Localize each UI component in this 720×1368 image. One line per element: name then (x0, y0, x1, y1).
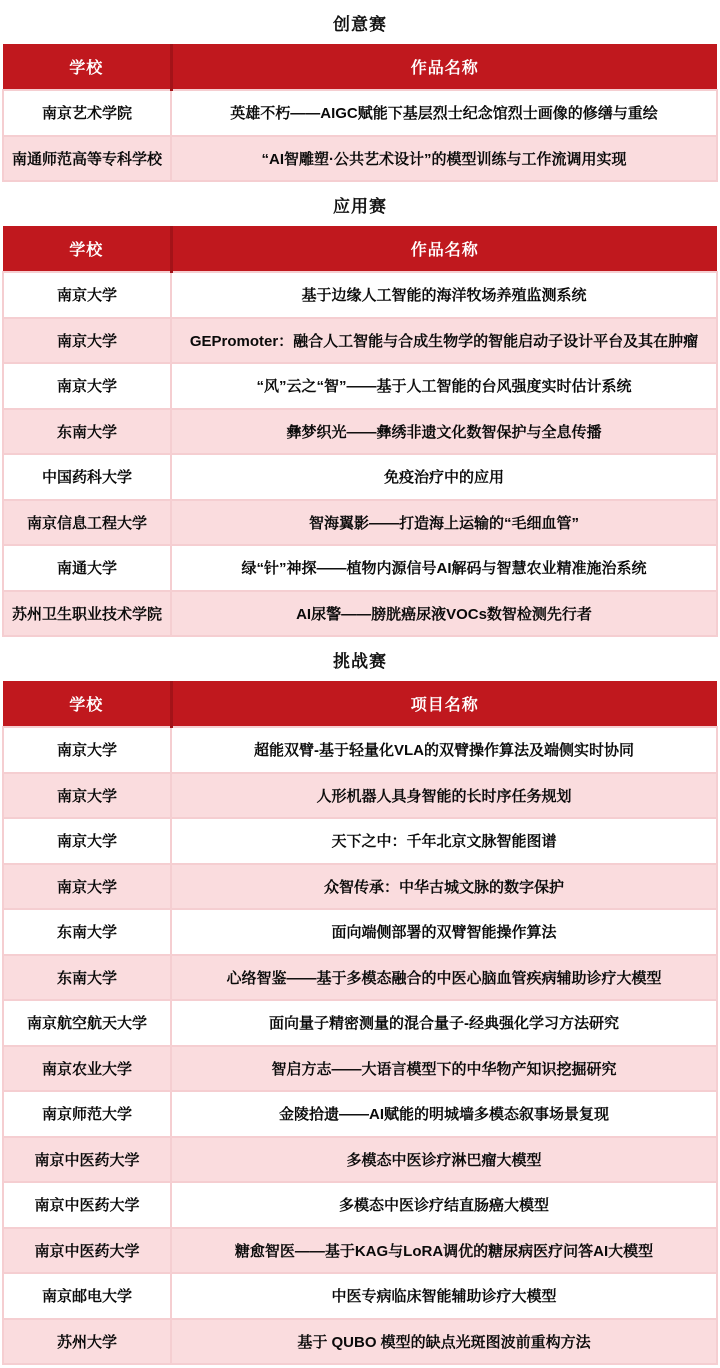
creative-award-table: 学校 作品名称 南京艺术学院英雄不朽——AIGC赋能下基层烈士纪念馆烈士画像的修… (2, 44, 718, 182)
school-cell: 南京大学 (3, 272, 171, 318)
school-cell: 苏州大学 (3, 1319, 171, 1365)
table-row: 南京中医药大学多模态中医诊疗结直肠癌大模型 (3, 1182, 717, 1228)
work-name-cell: “AI智雕塑·公共艺术设计”的模型训练与工作流调用实现 (171, 136, 717, 182)
table-row: 苏州大学基于 QUBO 模型的缺点光斑图波前重构方法 (3, 1319, 717, 1365)
table-row: 南京信息工程大学智海翼影——打造海上运输的“毛细血管” (3, 500, 717, 546)
work-name-cell: 众智传承：中华古城文脉的数字保护 (171, 864, 717, 910)
school-cell: 南京中医药大学 (3, 1228, 171, 1274)
school-cell: 南京信息工程大学 (3, 500, 171, 546)
school-column-header: 学校 (3, 44, 171, 90)
school-cell: 南京中医药大学 (3, 1182, 171, 1228)
school-cell: 南京大学 (3, 818, 171, 864)
award-list-page: 创意赛 学校 作品名称 南京艺术学院英雄不朽——AIGC赋能下基层烈士纪念馆烈士… (0, 0, 720, 1368)
school-cell: 南京大学 (3, 727, 171, 773)
work-name-cell: 心络智鉴——基于多模态融合的中医心脑血管疾病辅助诊疗大模型 (171, 955, 717, 1001)
work-name-cell: 多模态中医诊疗结直肠癌大模型 (171, 1182, 717, 1228)
school-cell: 南通大学 (3, 545, 171, 591)
school-cell: 南京大学 (3, 363, 171, 409)
work-name-cell: 英雄不朽——AIGC赋能下基层烈士纪念馆烈士画像的修缮与重绘 (171, 90, 717, 136)
school-cell: 南京大学 (3, 864, 171, 910)
table-row: 中国药科大学免疫治疗中的应用 (3, 454, 717, 500)
section-application: 应用赛 学校 作品名称 南京大学基于边缘人工智能的海洋牧场养殖监测系统南京大学G… (0, 182, 720, 637)
table-row: 南京中医药大学多模态中医诊疗淋巴瘤大模型 (3, 1137, 717, 1183)
table-row: 南京航空航天大学面向量子精密测量的混合量子-经典强化学习方法研究 (3, 1000, 717, 1046)
work-name-cell: 绿“针”神探——植物内源信号AI解码与智慧农业精准施治系统 (171, 545, 717, 591)
work-name-cell: 基于 QUBO 模型的缺点光斑图波前重构方法 (171, 1319, 717, 1365)
school-column-header: 学校 (3, 681, 171, 727)
school-cell: 东南大学 (3, 909, 171, 955)
table-row: 南京大学“风”云之“智”——基于人工智能的台风强度实时估计系统 (3, 363, 717, 409)
table-row: 东南大学彝梦织光——彝绣非遗文化数智保护与全息传播 (3, 409, 717, 455)
project-name-column-header: 项目名称 (171, 681, 717, 727)
table-row: 南京中医药大学糖愈智医——基于KAG与LoRA调优的糖尿病医疗问答AI大模型 (3, 1228, 717, 1274)
school-cell: 南京师范大学 (3, 1091, 171, 1137)
work-name-cell: 面向端侧部署的双臂智能操作算法 (171, 909, 717, 955)
school-cell: 南京中医药大学 (3, 1137, 171, 1183)
work-name-cell: AI尿警——膀胱癌尿液VOCs数智检测先行者 (171, 591, 717, 637)
work-name-cell: GEPromoter：融合人工智能与合成生物学的智能启动子设计平台及其在肿瘤 (171, 318, 717, 364)
work-name-cell: 天下之中：千年北京文脉智能图谱 (171, 818, 717, 864)
work-name-cell: 金陵拾遗——AI赋能的明城墙多模态叙事场景复现 (171, 1091, 717, 1137)
work-name-cell: “风”云之“智”——基于人工智能的台风强度实时估计系统 (171, 363, 717, 409)
work-name-cell: 糖愈智医——基于KAG与LoRA调优的糖尿病医疗问答AI大模型 (171, 1228, 717, 1274)
school-cell: 南通师范高等专科学校 (3, 136, 171, 182)
section-creative: 创意赛 学校 作品名称 南京艺术学院英雄不朽——AIGC赋能下基层烈士纪念馆烈士… (0, 0, 720, 182)
work-name-cell: 多模态中医诊疗淋巴瘤大模型 (171, 1137, 717, 1183)
table-row: 南京大学天下之中：千年北京文脉智能图谱 (3, 818, 717, 864)
table-header-row: 学校 作品名称 (3, 226, 717, 272)
section-challenge: 挑战赛 学校 项目名称 南京大学超能双臂-基于轻量化VLA的双臂操作算法及端侧实… (0, 637, 720, 1365)
table-row: 南京大学GEPromoter：融合人工智能与合成生物学的智能启动子设计平台及其在… (3, 318, 717, 364)
table-row: 南京大学人形机器人具身智能的长时序任务规划 (3, 773, 717, 819)
work-name-column-header: 作品名称 (171, 226, 717, 272)
table-row: 南京农业大学智启方志——大语言模型下的中华物产知识挖掘研究 (3, 1046, 717, 1092)
school-cell: 中国药科大学 (3, 454, 171, 500)
application-award-table: 学校 作品名称 南京大学基于边缘人工智能的海洋牧场养殖监测系统南京大学GEPro… (2, 226, 718, 637)
table-row: 南京大学超能双臂-基于轻量化VLA的双臂操作算法及端侧实时协同 (3, 727, 717, 773)
work-name-cell: 中医专病临床智能辅助诊疗大模型 (171, 1273, 717, 1319)
school-cell: 东南大学 (3, 955, 171, 1001)
table-row: 苏州卫生职业技术学院AI尿警——膀胱癌尿液VOCs数智检测先行者 (3, 591, 717, 637)
table-row: 东南大学面向端侧部署的双臂智能操作算法 (3, 909, 717, 955)
table-row: 南京邮电大学中医专病临床智能辅助诊疗大模型 (3, 1273, 717, 1319)
challenge-table-body: 南京大学超能双臂-基于轻量化VLA的双臂操作算法及端侧实时协同南京大学人形机器人… (3, 727, 717, 1364)
section-title-challenge: 挑战赛 (0, 637, 720, 681)
school-cell: 苏州卫生职业技术学院 (3, 591, 171, 637)
table-row: 南京师范大学金陵拾遗——AI赋能的明城墙多模态叙事场景复现 (3, 1091, 717, 1137)
work-name-cell: 人形机器人具身智能的长时序任务规划 (171, 773, 717, 819)
work-name-cell: 免疫治疗中的应用 (171, 454, 717, 500)
section-title-application: 应用赛 (0, 182, 720, 226)
school-cell: 南京农业大学 (3, 1046, 171, 1092)
section-title-creative: 创意赛 (0, 0, 720, 44)
school-cell: 南京大学 (3, 773, 171, 819)
work-name-cell: 彝梦织光——彝绣非遗文化数智保护与全息传播 (171, 409, 717, 455)
school-cell: 南京大学 (3, 318, 171, 364)
school-column-header: 学校 (3, 226, 171, 272)
work-name-cell: 智启方志——大语言模型下的中华物产知识挖掘研究 (171, 1046, 717, 1092)
table-header-row: 学校 项目名称 (3, 681, 717, 727)
work-name-cell: 基于边缘人工智能的海洋牧场养殖监测系统 (171, 272, 717, 318)
table-row: 东南大学心络智鉴——基于多模态融合的中医心脑血管疾病辅助诊疗大模型 (3, 955, 717, 1001)
work-name-cell: 超能双臂-基于轻量化VLA的双臂操作算法及端侧实时协同 (171, 727, 717, 773)
table-row: 南京大学基于边缘人工智能的海洋牧场养殖监测系统 (3, 272, 717, 318)
challenge-award-table: 学校 项目名称 南京大学超能双臂-基于轻量化VLA的双臂操作算法及端侧实时协同南… (2, 681, 718, 1365)
school-cell: 南京航空航天大学 (3, 1000, 171, 1046)
school-cell: 东南大学 (3, 409, 171, 455)
school-cell: 南京邮电大学 (3, 1273, 171, 1319)
work-name-cell: 面向量子精密测量的混合量子-经典强化学习方法研究 (171, 1000, 717, 1046)
table-header-row: 学校 作品名称 (3, 44, 717, 90)
application-table-body: 南京大学基于边缘人工智能的海洋牧场养殖监测系统南京大学GEPromoter：融合… (3, 272, 717, 636)
table-row: 南京艺术学院英雄不朽——AIGC赋能下基层烈士纪念馆烈士画像的修缮与重绘 (3, 90, 717, 136)
creative-table-body: 南京艺术学院英雄不朽——AIGC赋能下基层烈士纪念馆烈士画像的修缮与重绘南通师范… (3, 90, 717, 181)
table-row: 南通大学绿“针”神探——植物内源信号AI解码与智慧农业精准施治系统 (3, 545, 717, 591)
table-row: 南通师范高等专科学校“AI智雕塑·公共艺术设计”的模型训练与工作流调用实现 (3, 136, 717, 182)
school-cell: 南京艺术学院 (3, 90, 171, 136)
table-row: 南京大学众智传承：中华古城文脉的数字保护 (3, 864, 717, 910)
work-name-column-header: 作品名称 (171, 44, 717, 90)
work-name-cell: 智海翼影——打造海上运输的“毛细血管” (171, 500, 717, 546)
